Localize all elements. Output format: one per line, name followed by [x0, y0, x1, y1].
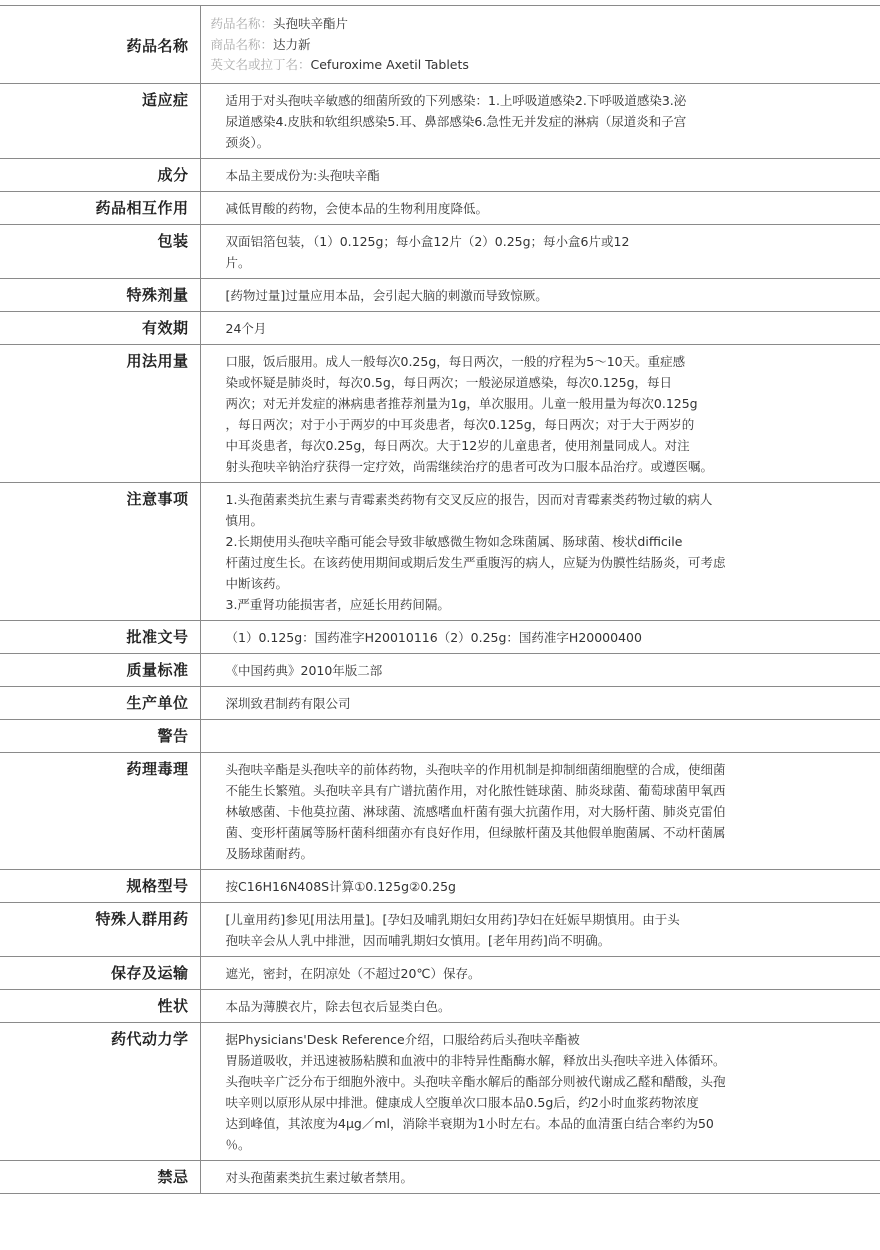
row-value-line: 适用于对头孢呋辛敏感的细菌所致的下列感染：1.上呼吸道感染2.下呼吸道感染3.泌 [226, 90, 791, 111]
spec-row: 质量标准《中国药典》2010年版二部 [0, 654, 880, 687]
row-label-cell: 性状 [0, 990, 200, 1023]
row-label: 保存及运输 [0, 957, 189, 983]
row-value-line: 头孢呋辛广泛分布于细胞外液中。头孢呋辛酯水解后的酯部分则被代谢成乙醛和醋酸，头孢 [226, 1071, 791, 1092]
row-label-cell: 用法用量 [0, 345, 200, 483]
generic-name-line: 药品名称：头孢呋辛酯片 [211, 14, 871, 35]
spec-row: 适应症适用于对头孢呋辛敏感的细菌所致的下列感染：1.上呼吸道感染2.下呼吸道感染… [0, 84, 880, 159]
row-label: 药理毒理 [0, 753, 189, 779]
row-value-line: 2.长期使用头孢呋辛酯可能会导致非敏感微生物如念珠菌属、肠球菌、梭状diffic… [226, 531, 791, 552]
row-value-line: 不能生长繁殖。头孢呋辛具有广谱抗菌作用，对化脓性链球菌、肺炎球菌、葡萄球菌甲氧西 [226, 780, 791, 801]
spec-row: 警告 [0, 720, 880, 753]
row-value-line: 双面铝箔包装，（1）0.125g；每小盒12片（2）0.25g；每小盒6片或12 [226, 231, 791, 252]
row-label: 药代动力学 [0, 1023, 189, 1049]
row-value-cell: 遮光，密封，在阴凉处（不超过20℃）保存。 [200, 957, 880, 990]
row-value-line: 24个月 [226, 318, 791, 339]
row-label-cell: 药代动力学 [0, 1023, 200, 1161]
spec-row: 批准文号（1）0.125g：国药准字H20010116（2）0.25g：国药准字… [0, 621, 880, 654]
row-value-line: 中断该药。 [226, 573, 791, 594]
row-value-line: 据Physicians'Desk Reference介绍，口服给药后头孢呋辛酯被 [226, 1029, 791, 1050]
row-value-line: 染或怀疑是肺炎时，每次0.5g，每日两次；一般泌尿道感染，每次0.125g，每日 [226, 372, 791, 393]
row-value-line: 颈炎）。 [226, 132, 791, 153]
row-value-line: 本品主要成份为:头孢呋辛酯 [226, 165, 791, 186]
row-value-line: 本品为薄膜衣片，除去包衣后显类白色。 [226, 996, 791, 1017]
row-label: 特殊剂量 [0, 279, 189, 305]
generic-name-value: 头孢呋辛酯片 [273, 16, 348, 31]
spec-row: 药理毒理头孢呋辛酯是头孢呋辛的前体药物，头孢呋辛的作用机制是抑制细菌细胞壁的合成… [0, 753, 880, 870]
row-label-cell: 药理毒理 [0, 753, 200, 870]
row-value-line: 两次；对无并发症的淋病患者推荐剂量为1g，单次服用。儿童一般用量为每次0.125… [226, 393, 791, 414]
row-value-line: 头孢呋辛酯是头孢呋辛的前体药物，头孢呋辛的作用机制是抑制细菌细胞壁的合成，使细菌 [226, 759, 791, 780]
row-label: 批准文号 [0, 621, 189, 647]
row-label: 质量标准 [0, 654, 189, 680]
row-value-line: [药物过量]过量应用本品，会引起大脑的刺激而导致惊厥。 [226, 285, 791, 306]
english-name-line: 英文名或拉丁名：Cefuroxime Axetil Tablets [211, 55, 871, 76]
spec-row: 特殊剂量[药物过量]过量应用本品，会引起大脑的刺激而导致惊厥。 [0, 279, 880, 312]
spec-row: 生产单位深圳致君制药有限公司 [0, 687, 880, 720]
row-label: 成分 [0, 159, 189, 185]
row-label: 药品相互作用 [0, 192, 189, 218]
row-drug-name: 药品名称 药品名称：头孢呋辛酯片 商品名称：达力新 英文名或拉丁名：Cefuro… [0, 6, 880, 84]
row-value-line: 《中国药典》2010年版二部 [226, 660, 791, 681]
row-value-line: 口服，饭后服用。成人一般每次0.25g，每日两次，一般的疗程为5～10天。重症感 [226, 351, 791, 372]
row-value-line: 孢呋辛会从人乳中排泄，因而哺乳期妇女慎用。[老年用药]尚不明确。 [226, 930, 791, 951]
row-label-cell: 禁忌 [0, 1161, 200, 1194]
row-value-cell: 深圳致君制药有限公司 [200, 687, 880, 720]
row-label-cell: 批准文号 [0, 621, 200, 654]
row-label: 药品名称 [0, 6, 189, 56]
spec-row: 包装双面铝箔包装，（1）0.125g；每小盒12片（2）0.25g；每小盒6片或… [0, 225, 880, 279]
row-value-cell: 对头孢菌素类抗生素过敏者禁用。 [200, 1161, 880, 1194]
row-value-line: 胃肠道吸收，并迅速被肠粘膜和血液中的非特异性酯酶水解，释放出头孢呋辛进入体循环。 [226, 1050, 791, 1071]
row-value-cell: [药物过量]过量应用本品，会引起大脑的刺激而导致惊厥。 [200, 279, 880, 312]
row-label-cell: 药品相互作用 [0, 192, 200, 225]
row-label-cell: 有效期 [0, 312, 200, 345]
row-value-line: （1）0.125g：国药准字H20010116（2）0.25g：国药准字H200… [226, 627, 791, 648]
row-value-line: 呋辛则以原形从尿中排泄。健康成人空腹单次口服本品0.5g后，约2小时血浆药物浓度 [226, 1092, 791, 1113]
row-value-line: 达到峰值，其浓度为4μg／ml，消除半衰期为1小时左右。本品的血清蛋白结合率约为… [226, 1113, 791, 1134]
drug-spec-table: 药品名称 药品名称：头孢呋辛酯片 商品名称：达力新 英文名或拉丁名：Cefuro… [0, 5, 880, 1194]
row-label-cell: 警告 [0, 720, 200, 753]
row-value-cell: 适用于对头孢呋辛敏感的细菌所致的下列感染：1.上呼吸道感染2.下呼吸道感染3.泌… [200, 84, 880, 159]
row-label: 规格型号 [0, 870, 189, 896]
row-label-cell: 质量标准 [0, 654, 200, 687]
spec-row: 注意事项1.头孢菌素类抗生素与青霉素类药物有交叉反应的报告，因而对青霉素类药物过… [0, 483, 880, 621]
row-value-cell: 本品为薄膜衣片，除去包衣后显类白色。 [200, 990, 880, 1023]
spec-row: 规格型号按C16H16N408S计算①0.125g②0.25g [0, 870, 880, 903]
row-label-cell: 药品名称 [0, 6, 200, 84]
spec-row: 性状本品为薄膜衣片，除去包衣后显类白色。 [0, 990, 880, 1023]
row-value-line: 慎用。 [226, 510, 791, 531]
row-value-line: 菌、变形杆菌属等肠杆菌科细菌亦有良好作用，但绿脓杆菌及其他假单胞菌属、不动杆菌属 [226, 822, 791, 843]
row-value-line: 杆菌过度生长。在该药使用期间或期后发生严重腹泻的病人，应疑为伪膜性结肠炎，可考虑 [226, 552, 791, 573]
row-value-cell [200, 720, 880, 753]
row-label: 特殊人群用药 [0, 903, 189, 929]
spec-row: 成分本品主要成份为:头孢呋辛酯 [0, 159, 880, 192]
row-label: 用法用量 [0, 345, 189, 371]
trade-name-key: 商品名称： [211, 37, 274, 52]
row-value-line: 深圳致君制药有限公司 [226, 693, 791, 714]
row-value-line: 中耳炎患者，每次0.25g，每日两次。大于12岁的儿童患者，使用剂量同成人。对注 [226, 435, 791, 456]
row-value-cell: [儿童用药]参见[用法用量]。[孕妇及哺乳期妇女用药]孕妇在妊娠早期慎用。由于头… [200, 903, 880, 957]
trade-name-line: 商品名称：达力新 [211, 35, 871, 56]
row-value-line: 1.头孢菌素类抗生素与青霉素类药物有交叉反应的报告，因而对青霉素类药物过敏的病人 [226, 489, 791, 510]
generic-name-key: 药品名称： [211, 16, 274, 31]
spec-row: 用法用量口服，饭后服用。成人一般每次0.25g，每日两次，一般的疗程为5～10天… [0, 345, 880, 483]
row-label: 性状 [0, 990, 189, 1016]
trade-name-value: 达力新 [273, 37, 311, 52]
english-name-key: 英文名或拉丁名： [211, 57, 311, 72]
row-label: 生产单位 [0, 687, 189, 713]
row-label: 警告 [0, 720, 189, 746]
row-label-cell: 成分 [0, 159, 200, 192]
row-value-cell: 本品主要成份为:头孢呋辛酯 [200, 159, 880, 192]
row-value-line: [儿童用药]参见[用法用量]。[孕妇及哺乳期妇女用药]孕妇在妊娠早期慎用。由于头 [226, 909, 791, 930]
row-label-cell: 规格型号 [0, 870, 200, 903]
row-value-cell: 减低胃酸的药物，会使本品的生物利用度降低。 [200, 192, 880, 225]
row-value-cell: 双面铝箔包装，（1）0.125g；每小盒12片（2）0.25g；每小盒6片或12… [200, 225, 880, 279]
row-label-cell: 特殊剂量 [0, 279, 200, 312]
spec-row: 有效期24个月 [0, 312, 880, 345]
row-value-cell: 24个月 [200, 312, 880, 345]
row-value-cell: 按C16H16N408S计算①0.125g②0.25g [200, 870, 880, 903]
spec-row: 特殊人群用药[儿童用药]参见[用法用量]。[孕妇及哺乳期妇女用药]孕妇在妊娠早期… [0, 903, 880, 957]
row-label: 有效期 [0, 312, 189, 338]
row-value-cell: 1.头孢菌素类抗生素与青霉素类药物有交叉反应的报告，因而对青霉素类药物过敏的病人… [200, 483, 880, 621]
row-label-cell: 适应症 [0, 84, 200, 159]
row-value-line: 减低胃酸的药物，会使本品的生物利用度降低。 [226, 198, 791, 219]
spec-row: 禁忌对头孢菌素类抗生素过敏者禁用。 [0, 1161, 880, 1194]
row-label-cell: 特殊人群用药 [0, 903, 200, 957]
english-name-value: Cefuroxime Axetil Tablets [311, 57, 469, 72]
row-value-line: 3.严重肾功能损害者，应延长用药间隔。 [226, 594, 791, 615]
drug-name-values: 药品名称：头孢呋辛酯片 商品名称：达力新 英文名或拉丁名：Cefuroxime … [200, 6, 880, 84]
row-value-line: 按C16H16N408S计算①0.125g②0.25g [226, 876, 791, 897]
row-value-line: 林敏感菌、卡他莫拉菌、淋球菌、流感嗜血杆菌有强大抗菌作用，对大肠杆菌、肺炎克雷伯 [226, 801, 791, 822]
row-value-cell: （1）0.125g：国药准字H20010116（2）0.25g：国药准字H200… [200, 621, 880, 654]
spec-row: 药代动力学据Physicians'Desk Reference介绍，口服给药后头… [0, 1023, 880, 1161]
row-value-line: 及肠球菌耐药。 [226, 843, 791, 864]
row-label: 注意事项 [0, 483, 189, 509]
row-label: 包装 [0, 225, 189, 251]
row-label-cell: 保存及运输 [0, 957, 200, 990]
row-value-line: ％。 [226, 1134, 791, 1155]
row-label-cell: 注意事项 [0, 483, 200, 621]
row-value-cell: 头孢呋辛酯是头孢呋辛的前体药物，头孢呋辛的作用机制是抑制细菌细胞壁的合成，使细菌… [200, 753, 880, 870]
spec-row: 保存及运输遮光，密封，在阴凉处（不超过20℃）保存。 [0, 957, 880, 990]
row-label: 适应症 [0, 84, 189, 110]
row-value-line: 尿道感染4.皮肤和软组织感染5.耳、鼻部感染6.急性无并发症的淋病（尿道炎和子宫 [226, 111, 791, 132]
row-label-cell: 包装 [0, 225, 200, 279]
row-label: 禁忌 [0, 1161, 189, 1187]
row-value-line: 射头孢呋辛钠治疗获得一定疗效，尚需继续治疗的患者可改为口服本品治疗。或遵医嘱。 [226, 456, 791, 477]
row-label-cell: 生产单位 [0, 687, 200, 720]
row-value-line: 对头孢菌素类抗生素过敏者禁用。 [226, 1167, 791, 1188]
spec-row: 药品相互作用减低胃酸的药物，会使本品的生物利用度降低。 [0, 192, 880, 225]
row-value-cell: 据Physicians'Desk Reference介绍，口服给药后头孢呋辛酯被… [200, 1023, 880, 1161]
row-value-cell: 《中国药典》2010年版二部 [200, 654, 880, 687]
row-value-line: 遮光，密封，在阴凉处（不超过20℃）保存。 [226, 963, 791, 984]
row-value-line: 片。 [226, 252, 791, 273]
row-value-line: ，每日两次；对于小于两岁的中耳炎患者，每次0.125g，每日两次；对于大于两岁的 [226, 414, 791, 435]
row-value-cell: 口服，饭后服用。成人一般每次0.25g，每日两次，一般的疗程为5～10天。重症感… [200, 345, 880, 483]
